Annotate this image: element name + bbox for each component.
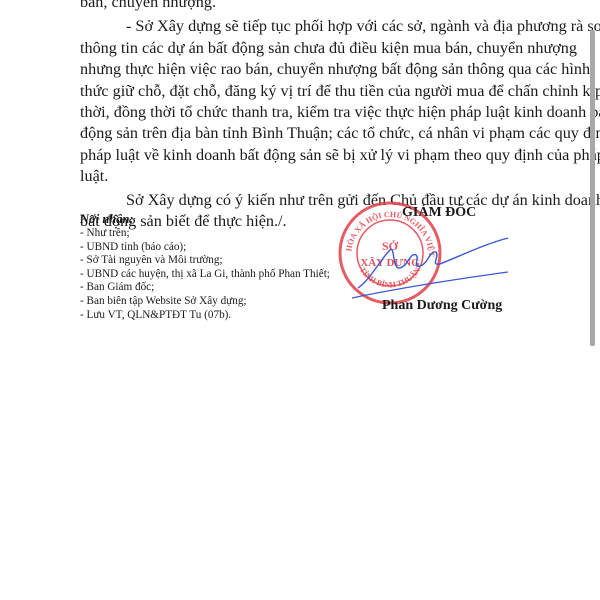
body-text-line: thức giữ chỗ, đặt chỗ, đăng ký vị trí để… <box>80 81 566 101</box>
body-text-line: động sản trên địa bàn tỉnh Bình Thuận; c… <box>80 123 566 143</box>
recipient-item: - Ban Giám đốc; <box>80 281 330 295</box>
body-text-line: thông tin các dự án bất động sản chưa đủ… <box>80 38 566 58</box>
recipient-item: - UBND tỉnh (báo cáo); <box>80 241 330 255</box>
recipients-list: - Như trên;- UBND tỉnh (báo cáo);- Sở Tà… <box>80 227 330 322</box>
recipient-item: - UBND các huyện, thị xã La Gi, thành ph… <box>80 268 330 282</box>
body-text-line: pháp luật về kinh doanh bất động sản sẽ … <box>80 145 566 165</box>
body-text-line: bán, chuyển nhượng. <box>80 0 566 12</box>
body-text-line: nhưng thực hiện việc rao bán, chuyển như… <box>80 59 566 79</box>
recipient-item: - Ban biên tập Website Sở Xây dựng; <box>80 295 330 309</box>
signer-name: Phan Dương Cường <box>382 298 502 314</box>
vertical-scrollbar[interactable] <box>590 30 595 346</box>
recipient-item: - Lưu VT, QLN&PTĐT Tu (07b). <box>80 309 330 323</box>
recipients-title: Nơi nhận: <box>80 212 330 227</box>
recipient-item: - Như trên; <box>80 227 330 241</box>
body-text-line: luật. <box>80 166 566 186</box>
recipient-item: - Sở Tài nguyên và Môi trường; <box>80 254 330 268</box>
handwritten-signature-icon <box>350 230 510 300</box>
body-text-line: - Sở Xây dựng sẽ tiếp tục phối hợp với c… <box>126 16 566 36</box>
body-text-line: thời, đồng thời tổ chức thanh tra, kiểm … <box>80 102 566 122</box>
signer-title: GIÁM ĐỐC <box>402 205 476 221</box>
document-page: bán, chuyển nhượng.- Sở Xây dựng sẽ tiếp… <box>0 0 600 600</box>
recipients-block: Nơi nhận: - Như trên;- UBND tỉnh (báo cá… <box>80 212 330 322</box>
